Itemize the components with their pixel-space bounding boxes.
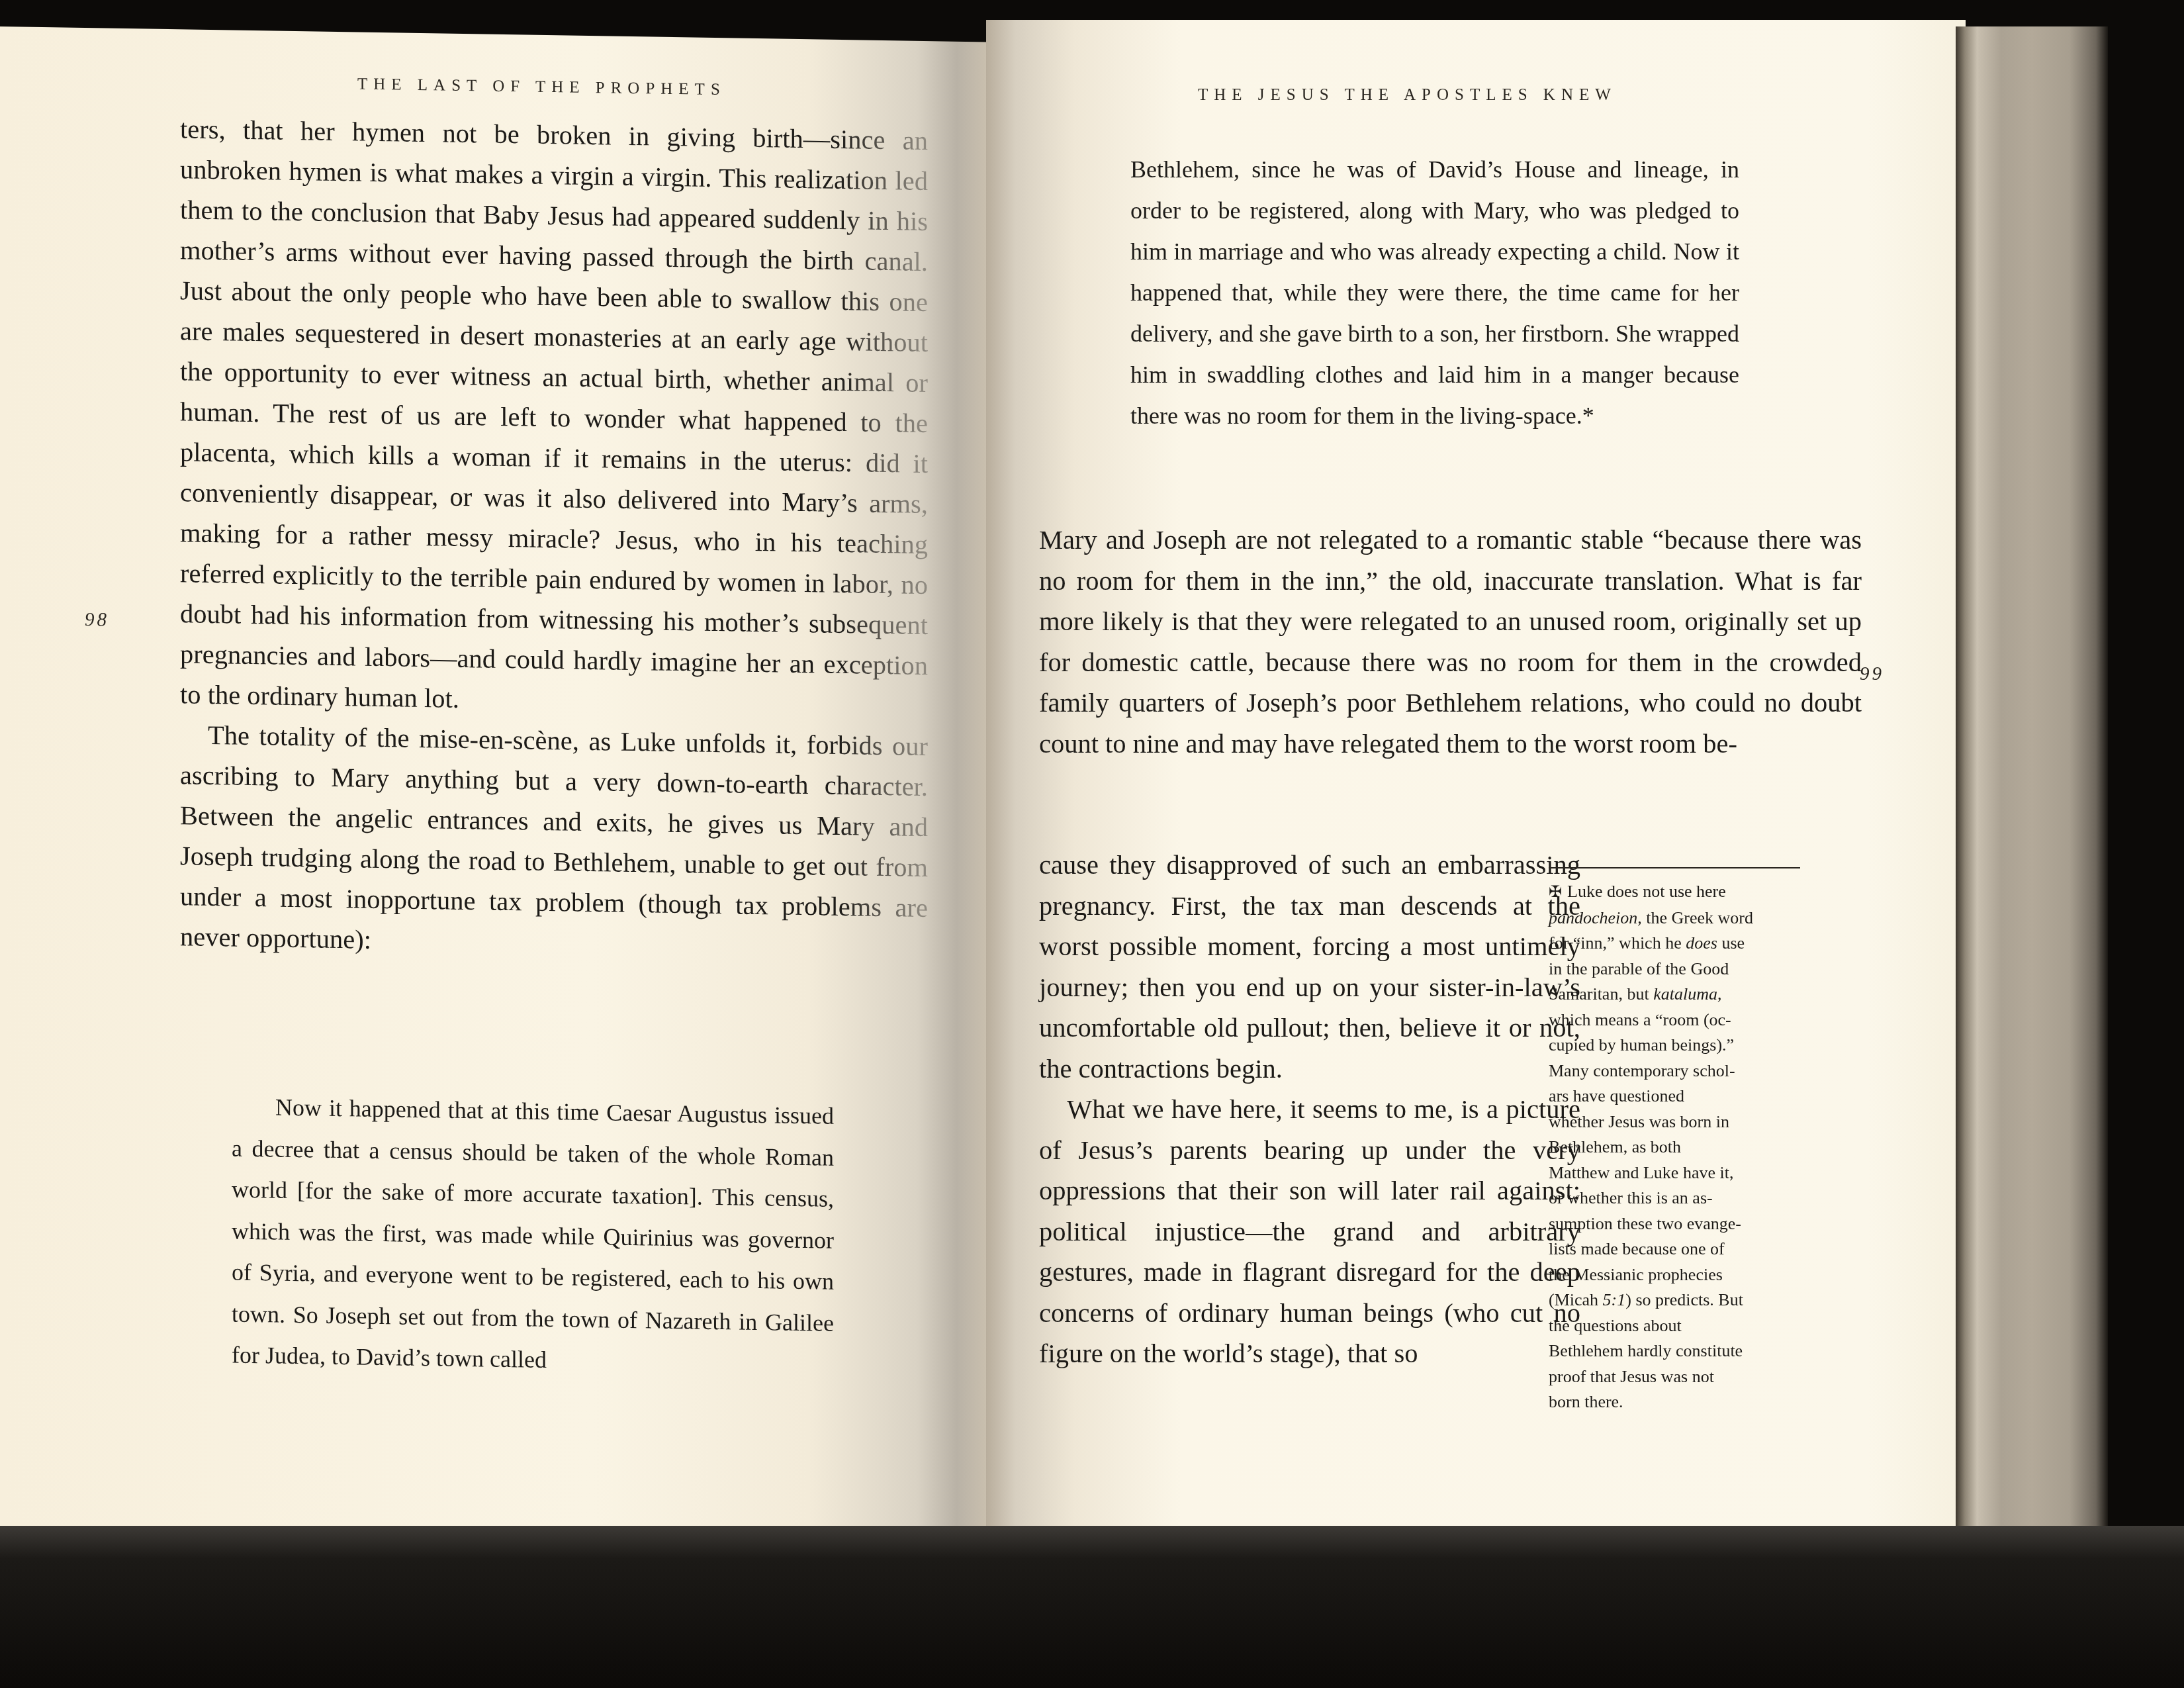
sidenote-line: in the parable of the Good xyxy=(1549,957,1813,982)
left-block-quote: Now it happened that at this time Caesar… xyxy=(232,1086,834,1385)
right-page: THE JESUS THE APOSTLES KNEW 99 Bethlehem… xyxy=(986,20,1966,1542)
sidenote-line: Matthew and Luke have it, xyxy=(1549,1160,1813,1186)
sidenote-rule xyxy=(1549,867,1800,868)
sidenote-line: for “inn,” which he does use xyxy=(1549,931,1813,957)
sidenote-line: pandocheion, the Greek word xyxy=(1549,906,1813,931)
sidenote-line: Bethlehem hardly constitute xyxy=(1549,1338,1813,1364)
sidenote-line: lists made because one of xyxy=(1549,1237,1813,1262)
left-paragraph-2: The totality of the mise-en-scène, as Lu… xyxy=(180,714,928,968)
right-block-quote-text: Bethlehem, since he was of David’s House… xyxy=(1130,149,1739,436)
left-running-head: THE LAST OF THE PROPHETS xyxy=(357,75,726,99)
sidenote-line: which means a “room (oc- xyxy=(1549,1008,1813,1033)
sidenote-line: ars have questioned xyxy=(1549,1084,1813,1109)
sidenote-line: the questions about xyxy=(1549,1313,1813,1339)
right-running-head: THE JESUS THE APOSTLES KNEW xyxy=(1198,86,1617,105)
left-block-quote-text: Now it happened that at this time Caesar… xyxy=(232,1086,834,1385)
right-paragraph-2: What we have here, it seems to me, is a … xyxy=(1039,1089,1580,1374)
left-paragraph-1: ters, that her hymen not be broken in gi… xyxy=(180,109,928,726)
sidenote-line: born there. xyxy=(1549,1389,1813,1415)
sidenote: ✠Luke does not use herepandocheion, the … xyxy=(1549,879,1813,1415)
sidenote-line: the Messianic prophecies xyxy=(1549,1262,1813,1288)
sidenote-line: proof that Jesus was not xyxy=(1549,1364,1813,1390)
sidenote-line: sumption these two evange- xyxy=(1549,1211,1813,1237)
sidenote-line: ✠Luke does not use here xyxy=(1549,879,1813,906)
right-page-number: 99 xyxy=(1860,663,1884,685)
footnote-marker-icon: ✠ xyxy=(1549,880,1562,906)
sidenote-line: Samaritan, but kataluma, xyxy=(1549,982,1813,1008)
right-block-quote: Bethlehem, since he was of David’s House… xyxy=(1130,149,1739,436)
right-paragraph-1-part-a: Mary and Joseph are not relegated to a r… xyxy=(1039,520,1862,764)
sidenote-line: or whether this is an as- xyxy=(1549,1186,1813,1211)
right-paragraph-1-full-width: Mary and Joseph are not relegated to a r… xyxy=(1039,520,1862,764)
book-page-edge xyxy=(1956,26,2108,1549)
scan-shadow xyxy=(0,1526,2184,1688)
sidenote-line: cupied by human beings).” xyxy=(1549,1033,1813,1058)
left-page: THE LAST OF THE PROPHETS 98 ters, that h… xyxy=(0,26,986,1544)
sidenote-line: Bethlehem, as both xyxy=(1549,1135,1813,1160)
sidenote-line: Many contemporary schol- xyxy=(1549,1058,1813,1084)
left-body-text: ters, that her hymen not be broken in gi… xyxy=(180,109,928,968)
right-paragraph-1-part-b: cause they disapproved of such an embarr… xyxy=(1039,845,1580,1089)
left-page-number: 98 xyxy=(85,609,109,632)
sidenote-line: (Micah 5:1) so predicts. But xyxy=(1549,1288,1813,1313)
sidenote-line: whether Jesus was born in xyxy=(1549,1109,1813,1135)
right-narrow-column: cause they disapproved of such an embarr… xyxy=(1039,845,1580,1374)
